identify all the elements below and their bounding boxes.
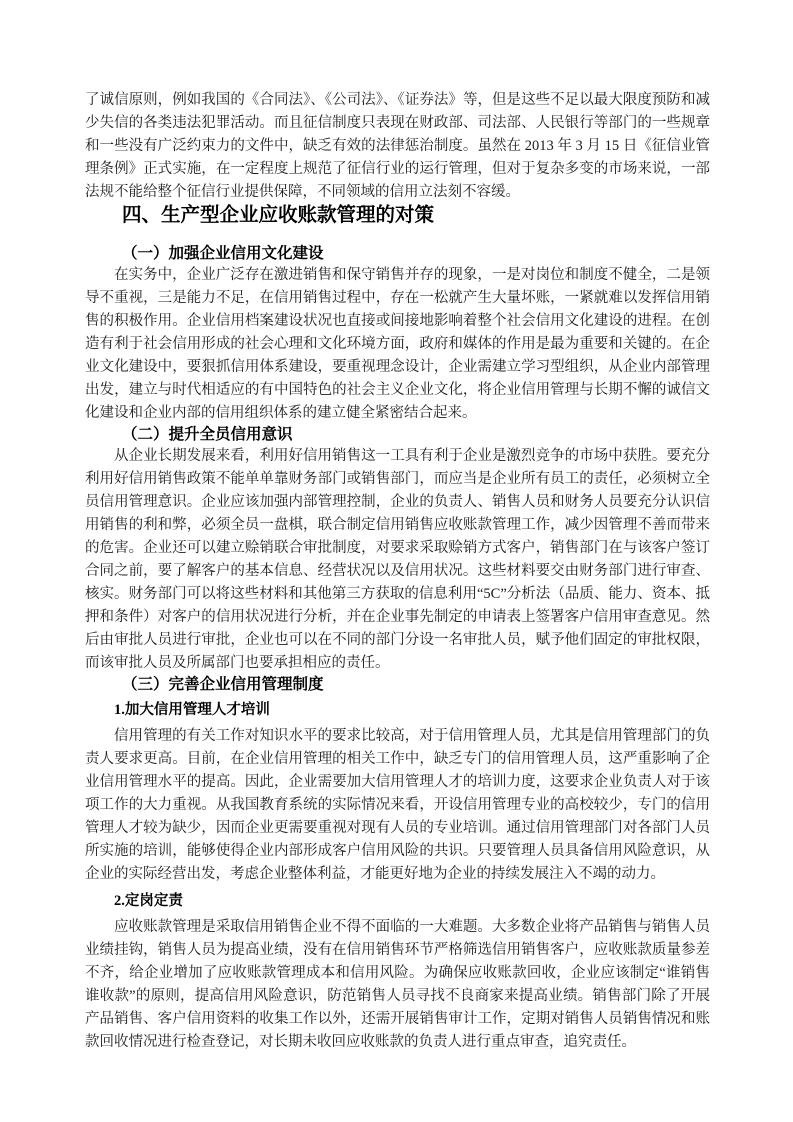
chapter-heading: 四、生产型企业应收账款管理的对策 — [122, 204, 710, 228]
document-page: 了诚信原则，例如我国的《合同法》、《公司法》、《证券法》等，但是这些不足以最大限… — [0, 0, 793, 1122]
section-1-paragraph: 在实务中，企业广泛存在激进销售和保守销售并存的现象，一是对岗位和制度不健全，二是… — [85, 264, 710, 425]
page-content: 了诚信原则，例如我国的《合同法》、《公司法》、《证券法》等，但是这些不足以最大限… — [0, 0, 793, 1054]
subsection-2-paragraph: 应收账款管理是采取信用销售企业不得不面临的一大难题。大多数企业将产品销售与销售人… — [85, 916, 710, 1054]
section-2-paragraph: 从企业长期发展来看，利用好信用销售这一工具有利于企业是激烈竞争的市场中获胜。要充… — [85, 445, 710, 675]
subsection-heading-1: 1.加大信用管理人才培训 — [114, 701, 710, 719]
intro-paragraph: 了诚信原则，例如我国的《合同法》、《公司法》、《证券法》等，但是这些不足以最大限… — [85, 89, 710, 204]
subsection-1-paragraph: 信用管理的有关工作对知识水平的要求比较高，对于信用管理人员，尤其是信用管理部门的… — [85, 725, 710, 886]
section-heading-1: （一）加强企业信用文化建设 — [122, 244, 710, 264]
subsection-heading-2: 2.定岗定责 — [114, 892, 710, 910]
section-heading-2: （二）提升全员信用意识 — [122, 425, 710, 445]
section-heading-3: （三）完善企业信用管理制度 — [122, 675, 710, 695]
